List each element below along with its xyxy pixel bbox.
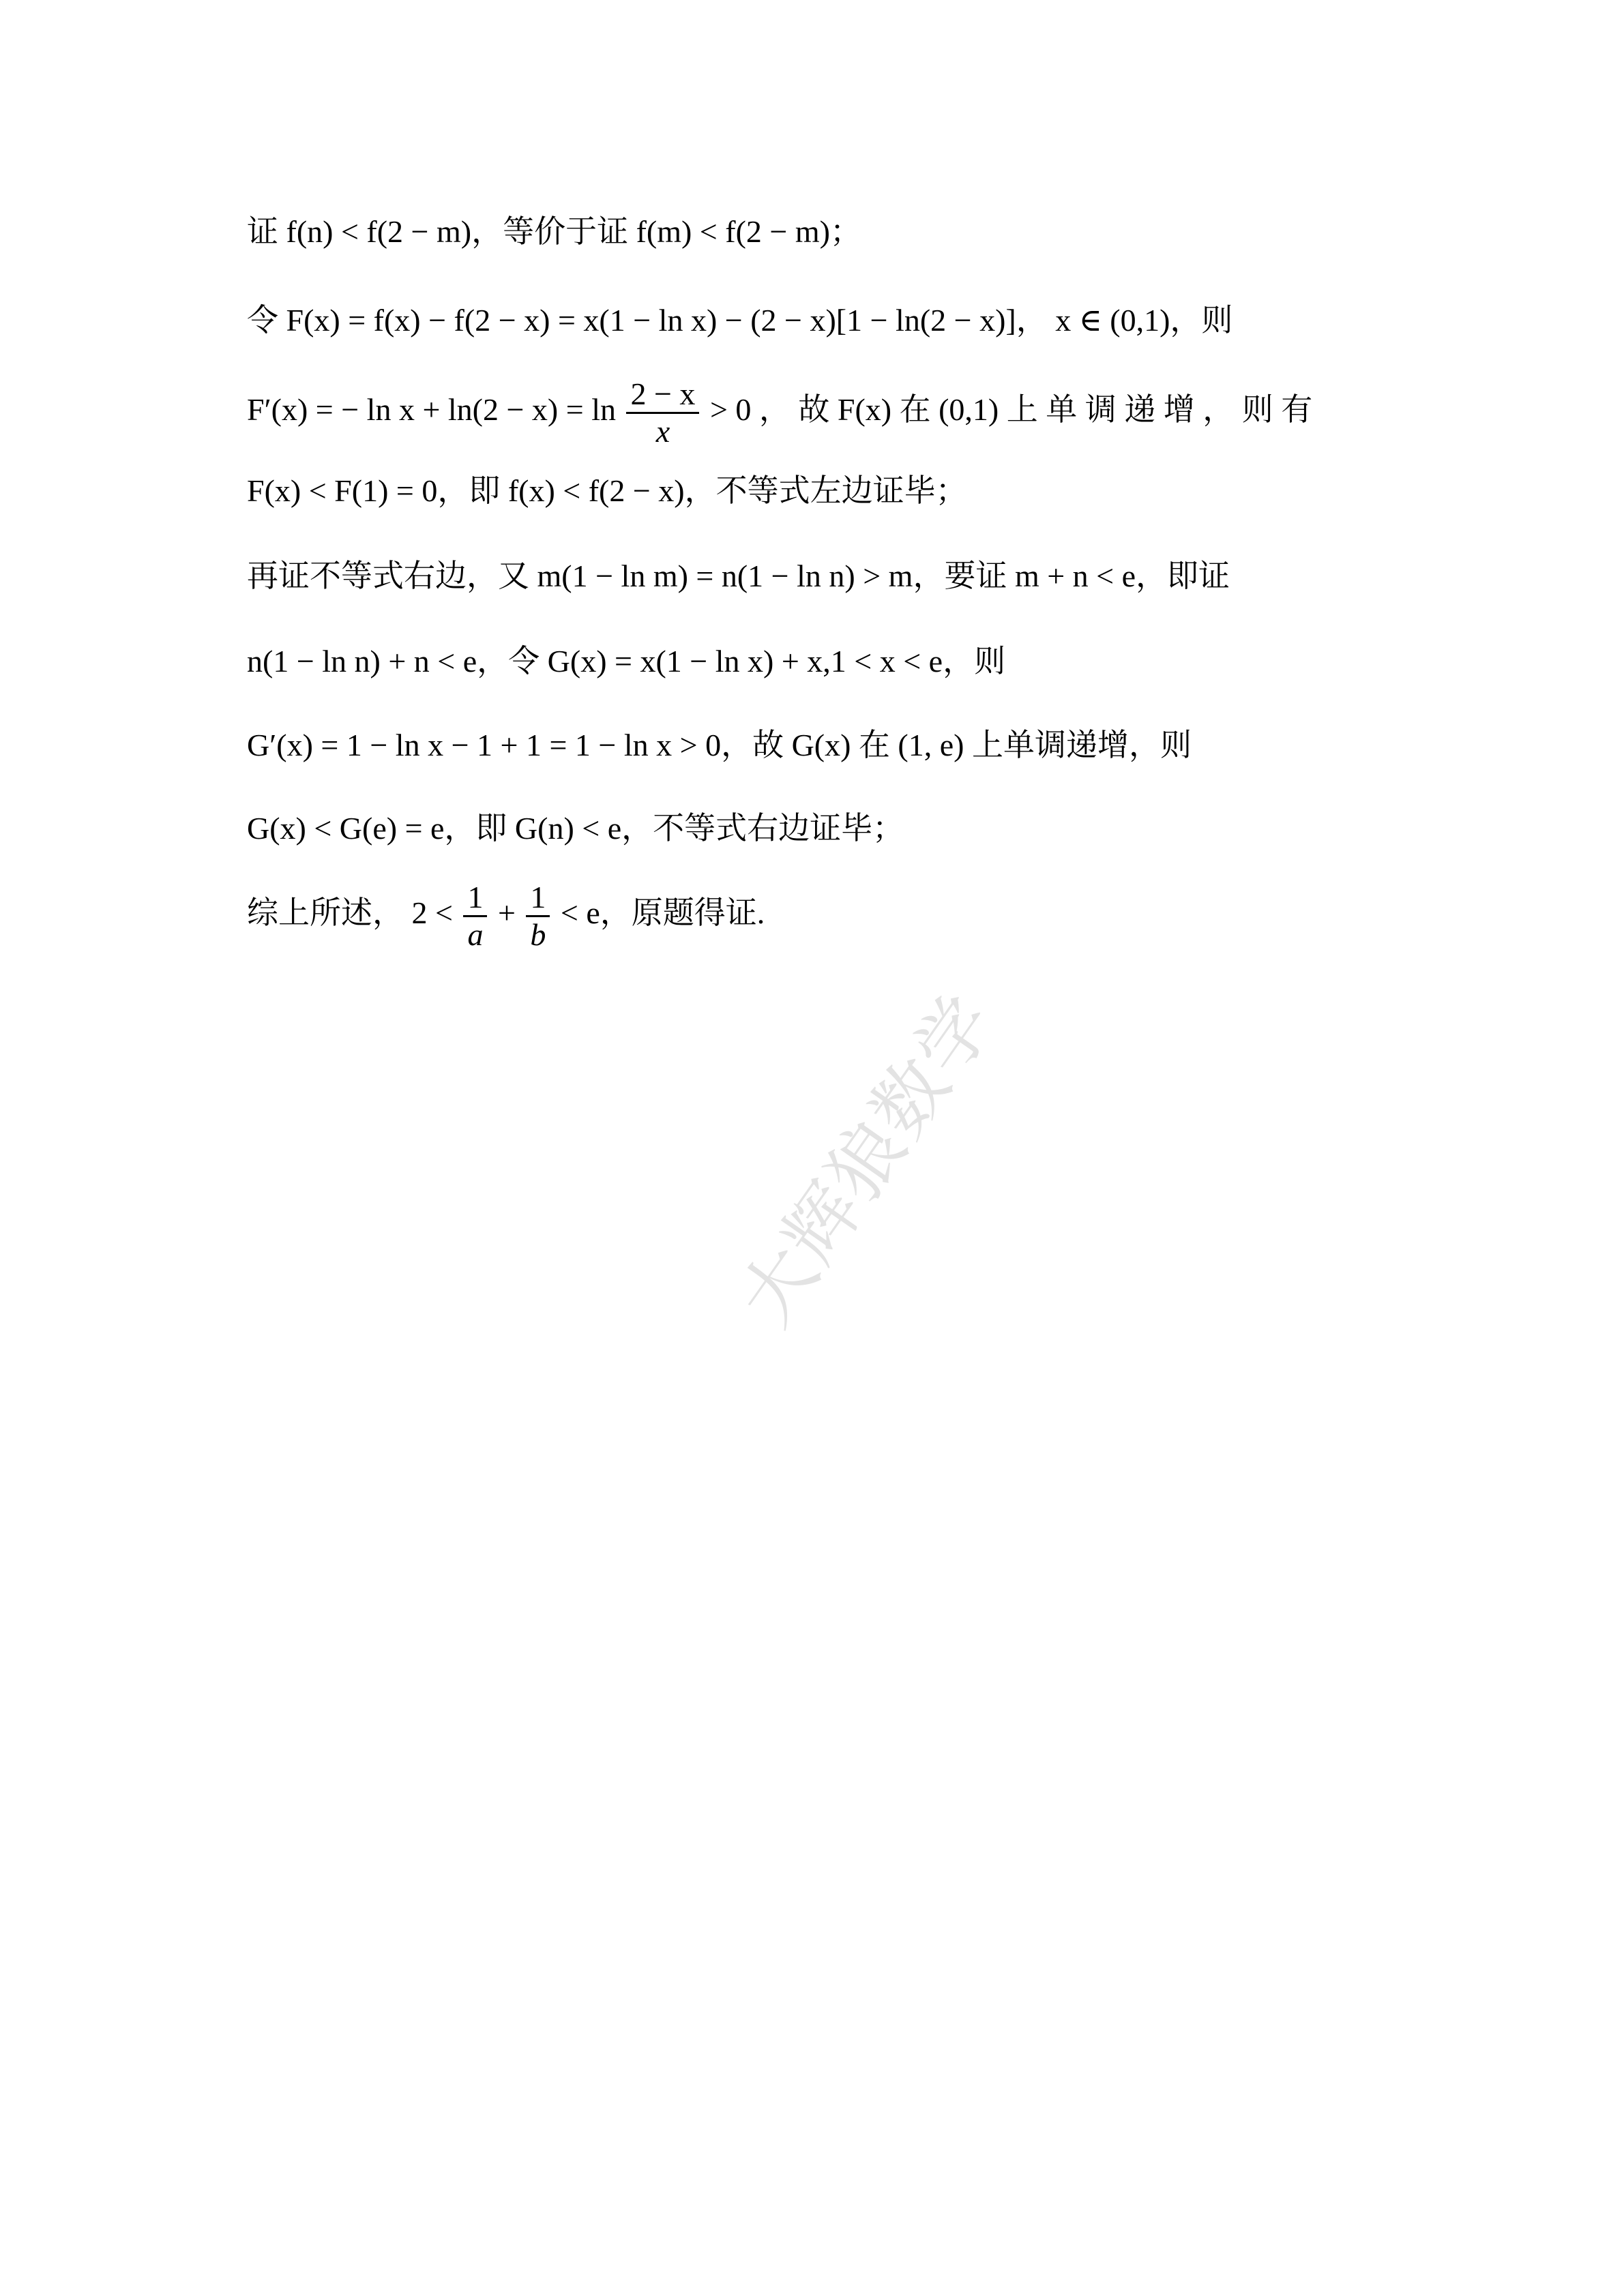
denominator: x	[656, 414, 670, 449]
line-text: 综上所述， 2 <	[247, 895, 453, 930]
line-text: 证 f(n) < f(2 − m)，等价于证 f(m) < f(2 − m)；	[247, 214, 861, 249]
line-text: n(1 − ln n) + n < e，令 G(x) = x(1 − ln x)…	[247, 644, 1005, 679]
denominator: a	[467, 917, 483, 953]
line-text: > 0 ， 故 F(x) 在 (0,1) 上 单 调 递 增 ， 则 有	[710, 392, 1312, 427]
line-text: G′(x) = 1 − ln x − 1 + 1 = 1 − ln x > 0，…	[247, 728, 1192, 762]
proof-line-9-conclusion: 综上所述， 2 < 1 a + 1 b < e，原题得证.	[247, 880, 765, 953]
proof-line-2: 令 F(x) = f(x) − f(2 − x) = x(1 − ln x) −…	[247, 300, 1232, 341]
fraction-1-over-a: 1 a	[463, 880, 487, 953]
watermark: 大辉狼数学	[709, 969, 1015, 1343]
denominator: b	[530, 917, 546, 953]
plus-sign: +	[498, 895, 516, 930]
line-text: 令 F(x) = f(x) − f(2 − x) = x(1 − ln x) −…	[247, 303, 1232, 338]
proof-line-1: 证 f(n) < f(2 − m)，等价于证 f(m) < f(2 − m)；	[247, 211, 861, 252]
proof-line-8: G(x) < G(e) = e，即 G(n) < e，不等式右边证毕；	[247, 808, 904, 849]
proof-line-5: 再证不等式右边，又 m(1 − ln m) = n(1 − ln n) > m，…	[247, 556, 1230, 597]
numerator: 1	[526, 880, 550, 917]
line-text: F′(x) = − ln x + ln(2 − x) = ln	[247, 392, 616, 427]
numerator: 2 − x	[626, 376, 699, 414]
line-text: < e，原题得证.	[561, 895, 765, 930]
line-text: 再证不等式右边，又 m(1 − ln m) = n(1 − ln n) > m，…	[247, 558, 1230, 593]
line-text: G(x) < G(e) = e，即 G(n) < e，不等式右边证毕；	[247, 811, 904, 846]
fraction-1-over-b: 1 b	[526, 880, 550, 953]
proof-line-4: F(x) < F(1) = 0，即 f(x) < f(2 − x)，不等式左边证…	[247, 471, 967, 511]
proof-line-3: F′(x) = − ln x + ln(2 − x) = ln 2 − x x …	[247, 376, 1312, 449]
proof-line-7: G′(x) = 1 − ln x − 1 + 1 = 1 − ln x > 0，…	[247, 725, 1192, 766]
line-text: F(x) < F(1) = 0，即 f(x) < f(2 − x)，不等式左边证…	[247, 473, 967, 508]
document-page: 证 f(n) < f(2 − m)，等价于证 f(m) < f(2 − m)； …	[0, 0, 1624, 2296]
fraction-2-minus-x-over-x: 2 − x x	[626, 376, 699, 449]
numerator: 1	[463, 880, 487, 917]
proof-line-6: n(1 − ln n) + n < e，令 G(x) = x(1 − ln x)…	[247, 641, 1005, 682]
